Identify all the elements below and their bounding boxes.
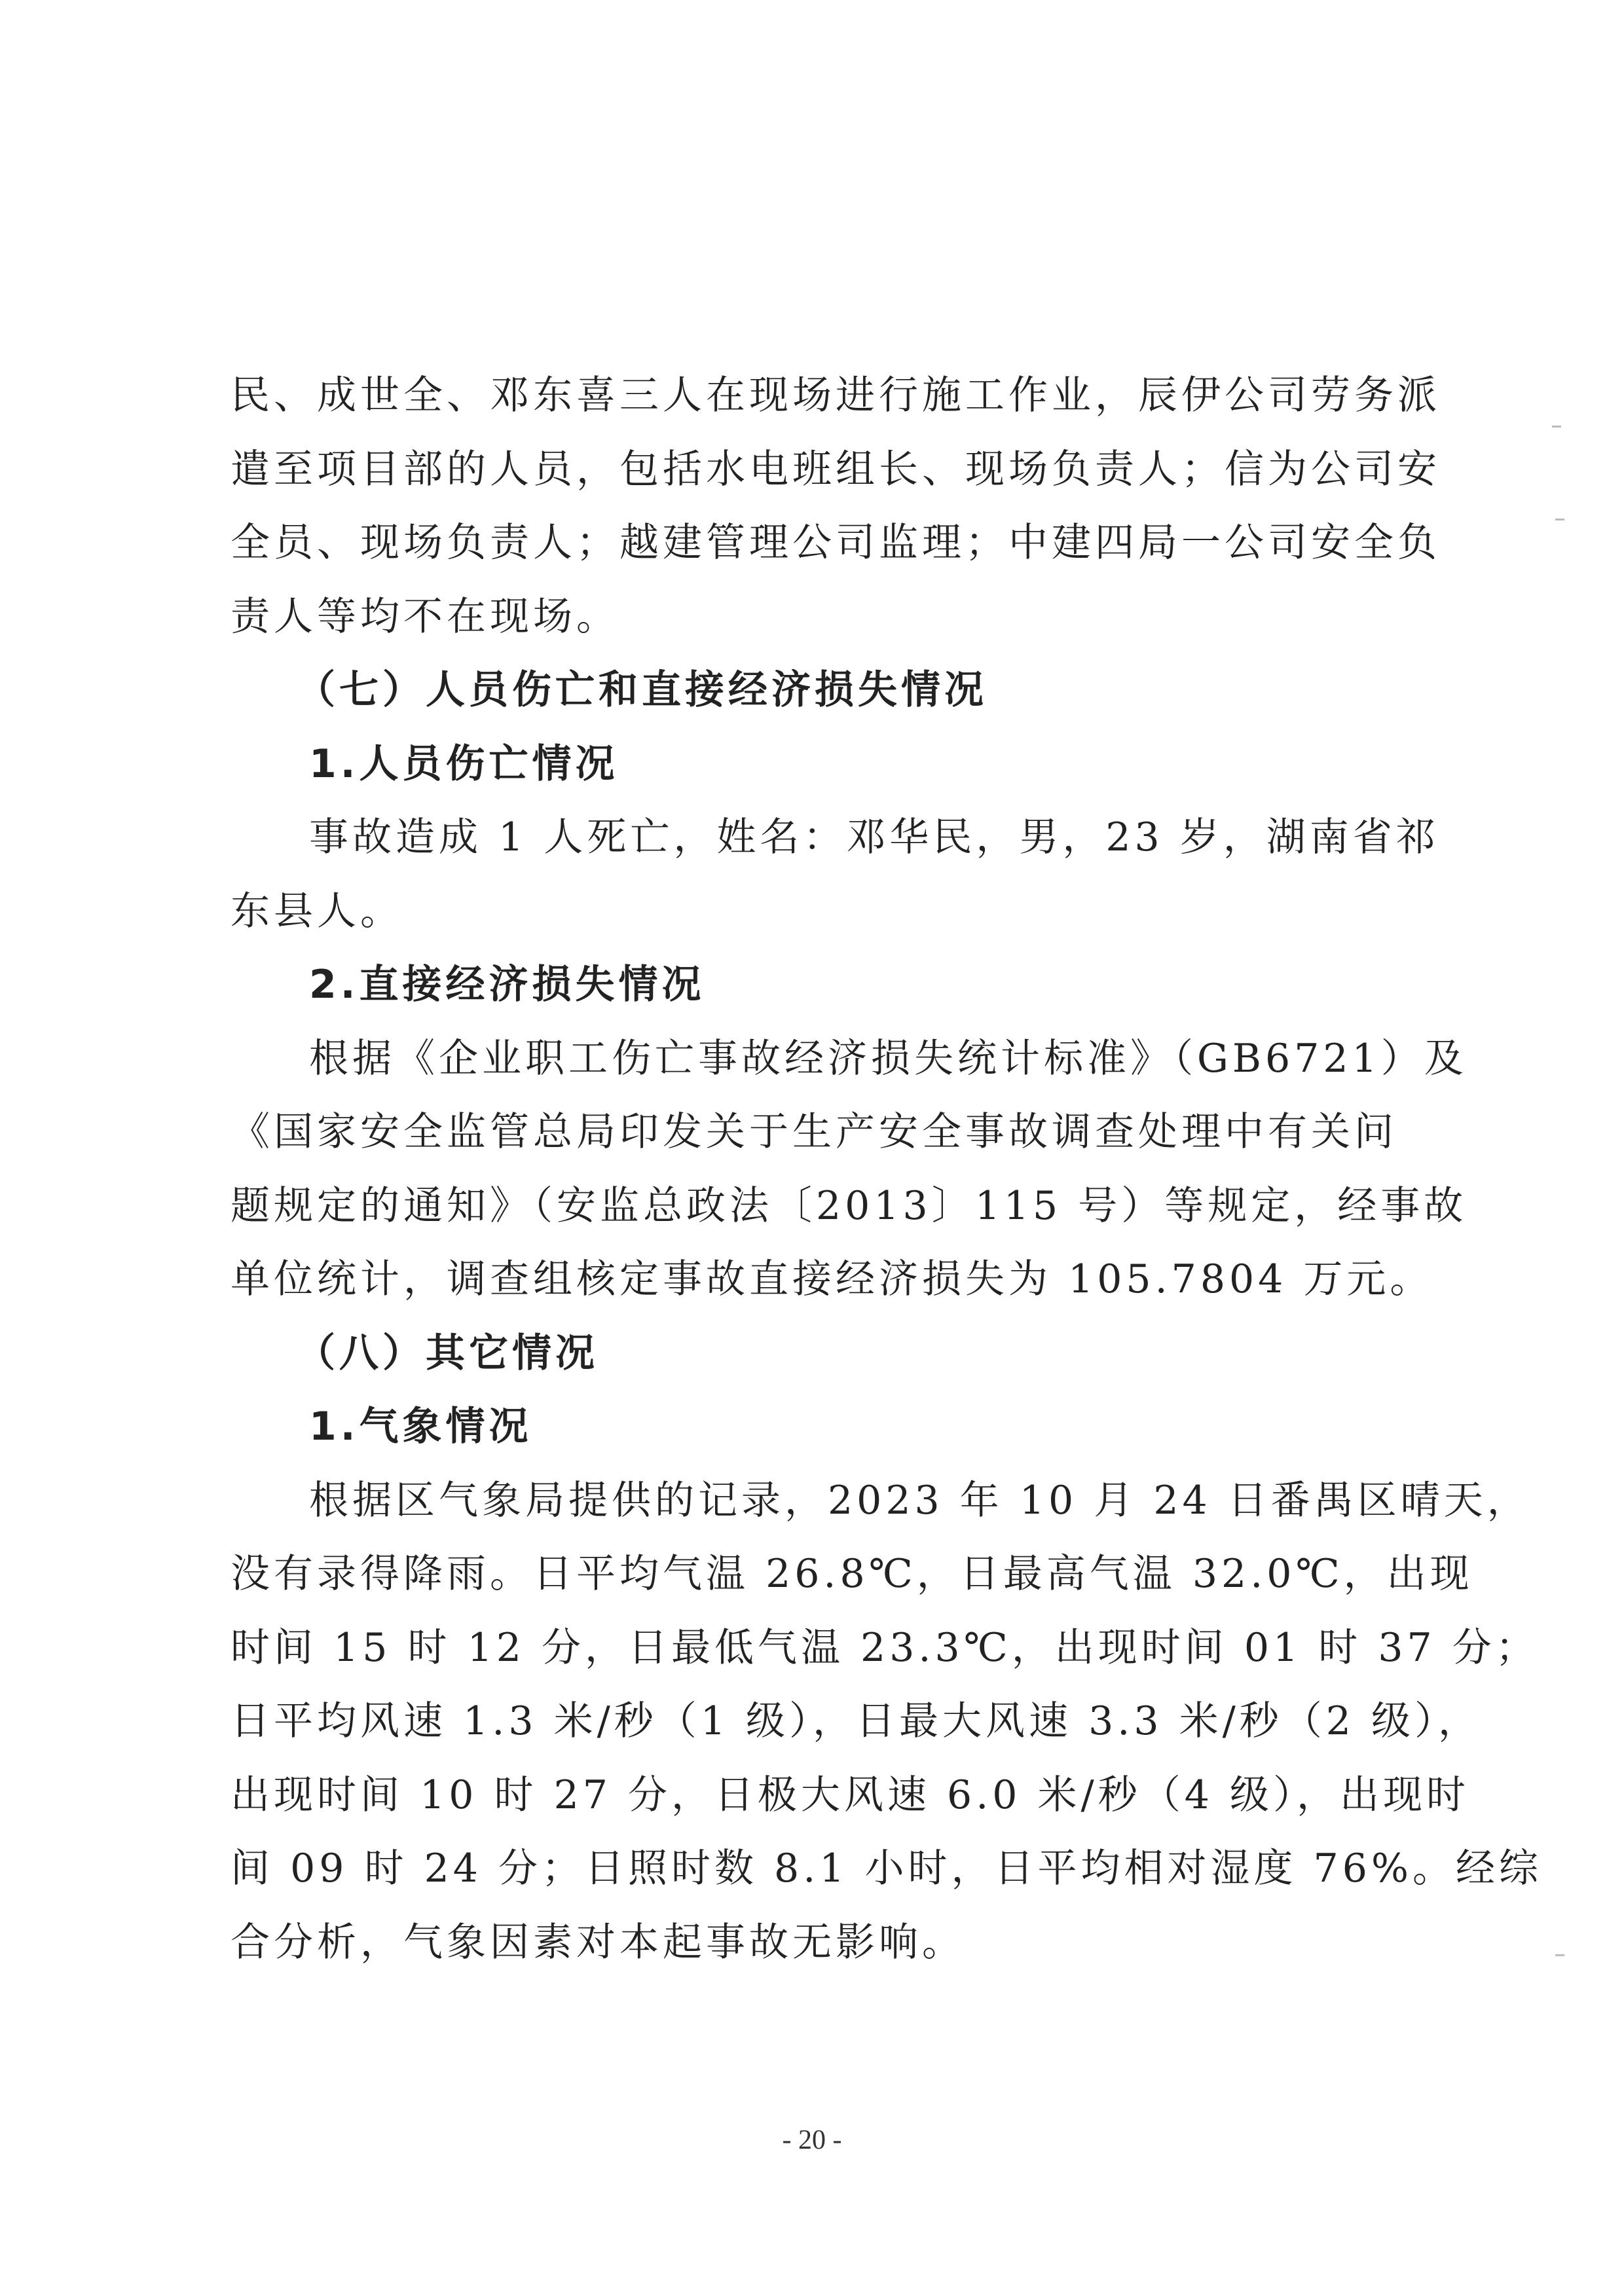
section-heading: （八）其它情况 bbox=[231, 1317, 1396, 1391]
scan-mark bbox=[1552, 426, 1561, 428]
document-body: 民、成世全、邓东喜三人在现场进行施工作业，辰伊公司劳务派 遣至项目部的人员，包括… bbox=[231, 359, 1396, 1979]
paragraph-line: 间 09 时 24 分；日照时数 8.1 小时，日平均相对湿度 76%。经综 bbox=[231, 1832, 1396, 1906]
paragraph-line: 出现时间 10 时 27 分，日极大风速 6.0 米/秒（4 级），出现时 bbox=[231, 1758, 1396, 1832]
paragraph-line: 根据《企业职工伤亡事故经济损失统计标准》（GB6721）及 bbox=[231, 1022, 1396, 1096]
paragraph-line: 民、成世全、邓东喜三人在现场进行施工作业，辰伊公司劳务派 bbox=[231, 359, 1396, 433]
paragraph-line: 东县人。 bbox=[231, 875, 1396, 949]
scan-mark bbox=[1555, 1954, 1564, 1956]
document-page: 民、成世全、邓东喜三人在现场进行施工作业，辰伊公司劳务派 遣至项目部的人员，包括… bbox=[0, 0, 1624, 2296]
paragraph-line: 日平均风速 1.3 米/秒（1 级），日最大风速 3.3 米/秒（2 级）， bbox=[231, 1685, 1396, 1758]
subsection-heading: 1.人员伤亡情况 bbox=[231, 727, 1396, 801]
subsection-heading: 2.直接经济损失情况 bbox=[231, 948, 1396, 1022]
paragraph-line: 全员、现场负责人；越建管理公司监理；中建四局一公司安全负 bbox=[231, 506, 1396, 580]
paragraph-line: 遣至项目部的人员，包括水电班组长、现场负责人；信为公司安 bbox=[231, 433, 1396, 507]
paragraph-line: 合分析，气象因素对本起事故无影响。 bbox=[231, 1906, 1396, 1980]
paragraph-line: 根据区气象局提供的记录，2023 年 10 月 24 日番禺区晴天， bbox=[231, 1464, 1396, 1538]
paragraph-line: 《国家安全监管总局印发关于生产安全事故调查处理中有关问 bbox=[231, 1095, 1396, 1169]
scan-mark bbox=[1555, 519, 1564, 520]
paragraph-line: 时间 15 时 12 分，日最低气温 23.3℃，出现时间 01 时 37 分； bbox=[231, 1611, 1396, 1685]
paragraph-line: 责人等均不在现场。 bbox=[231, 580, 1396, 654]
paragraph-line: 单位统计，调查组核定事故直接经济损失为 105.7804 万元。 bbox=[231, 1243, 1396, 1317]
paragraph-line: 没有录得降雨。日平均气温 26.8℃，日最高气温 32.0℃，出现 bbox=[231, 1537, 1396, 1611]
section-heading: （七）人员伤亡和直接经济损失情况 bbox=[231, 653, 1396, 727]
page-number: - 20 - bbox=[0, 2124, 1624, 2156]
paragraph-line: 事故造成 1 人死亡，姓名：邓华民，男，23 岁，湖南省祁 bbox=[231, 801, 1396, 875]
paragraph-line: 题规定的通知》（安监总政法〔2013〕115 号）等规定，经事故 bbox=[231, 1169, 1396, 1243]
subsection-heading: 1.气象情况 bbox=[231, 1390, 1396, 1464]
